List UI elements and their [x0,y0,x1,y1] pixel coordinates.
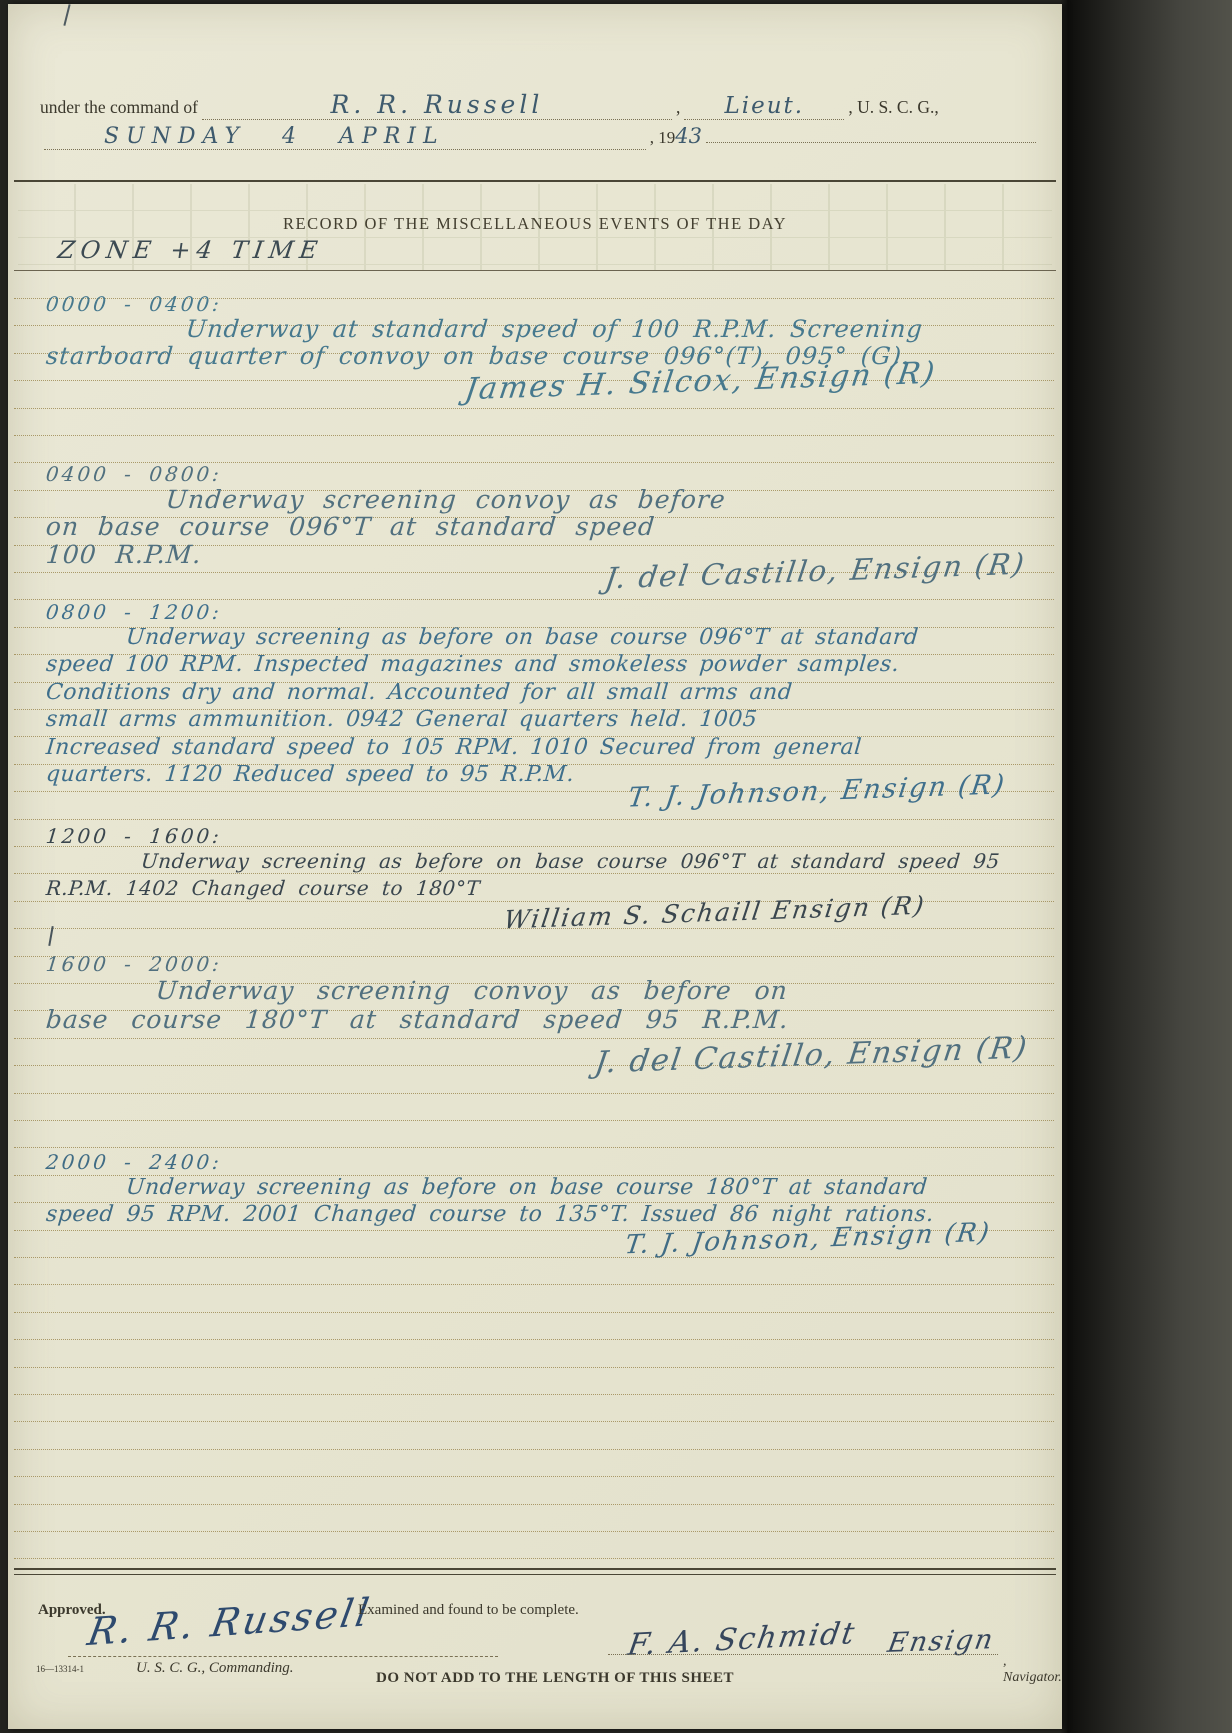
entry-line: Underway screening convoy as before on [45,976,1048,1005]
commander-name-field: R. R. Russell [202,90,672,120]
ruled-line [14,819,1054,820]
log-year: 43 [675,124,702,148]
ruled-line [14,408,1054,409]
entry-time: 0000 - 0400: [45,292,1048,316]
navigator-label: , Navigator. [1003,1654,1062,1686]
rank-field: Lieut. [684,93,844,120]
log-entry-0000-0400: 0000 - 0400: Underway at standard speed … [46,292,1046,371]
section-title: RECORD OF THE MISCELLANEOUS EVENTS OF TH… [8,214,1062,234]
ruled-line [14,1339,1054,1340]
footer-rule-1 [14,1568,1056,1570]
entry-line: speed 100 RPM. Inspected magazines and s… [45,651,1047,678]
log-entry-1600-2000: 1600 - 2000: Underway screening convoy a… [46,952,1046,1034]
navigator-signature-line [608,1654,998,1655]
ruled-line [14,1093,1054,1094]
zone-note: ZONE +4 TIME [56,236,325,264]
ruled-line [14,1284,1054,1285]
entry-time: 0800 - 1200: [45,600,1048,624]
log-date: SUNDAY 4 APRIL [104,124,445,149]
date-line: SUNDAY 4 APRIL , 19 43 [40,124,1040,150]
ruled-line [14,1394,1054,1395]
entry-line: Underway at standard speed of 100 R.P.M.… [45,316,1047,343]
entry-line: Underway screening as before on base cou… [45,848,1047,875]
ruled-line [14,1531,1054,1532]
entry-time: 1600 - 2000: [45,952,1048,976]
navigator-signature: F. A. Schmidt [625,1616,858,1663]
entry-time: 2000 - 2400: [45,1150,1048,1174]
year-prefix: , 19 [650,128,676,148]
entry-line: Increased standard speed to 105 RPM. 101… [45,734,1047,761]
ruled-line [14,1421,1054,1422]
form-number: 16—13314-1 [36,1664,84,1674]
service-suffix: , U. S. C. G., [848,97,938,118]
date-field: SUNDAY 4 APRIL [44,124,646,150]
log-entry-2000-2400: 2000 - 2400: Underway screening as befor… [46,1150,1046,1229]
entry-body: Underway screening convoy as before on b… [46,976,1046,1034]
command-line: under the command of R. R. Russell , Lie… [40,90,1040,120]
log-entry-0800-1200: 0800 - 1200: Underway screening as befor… [46,600,1046,788]
log-sheet-paper: under the command of R. R. Russell , Lie… [8,4,1062,1729]
commanding-signature: R. R. Russell [84,1590,375,1654]
ruled-line [14,1504,1054,1505]
examined-label: Examined and found to be complete. [358,1602,579,1619]
ruled-line [14,1147,1054,1148]
entry-time: 1200 - 1600: [45,824,1048,848]
commanding-label: U. S. C. G., Commanding. [136,1660,294,1677]
entry-line: Underway screening convoy as before [45,486,1047,513]
log-entry-1200-1600: 1200 - 1600: Underway screening as befor… [46,824,1046,903]
log-entry-0400-0800: 0400 - 0800: Underway screening convoy a… [46,462,1046,568]
ruled-line [14,1312,1054,1313]
do-not-add-label: DO NOT ADD TO THE LENGTH OF THIS SHEET [376,1670,734,1687]
ruled-line [14,1257,1054,1258]
entry-line: Underway screening as before on base cou… [45,624,1047,651]
ruled-line [14,1367,1054,1368]
command-prefix: under the command of [40,97,198,118]
pen-mark [63,4,70,26]
header-rule-top [14,180,1056,182]
ruled-line [14,1120,1054,1121]
scanned-log-page: { "colors": { "paper": "#e8e6d3", "rule_… [0,0,1232,1733]
entry-line: Underway screening as before on base cou… [45,1174,1047,1201]
header-rule-bottom [14,270,1056,271]
entry-body: Underway screening as before on base cou… [46,624,1046,788]
commander-rank: Lieut. [725,93,805,119]
ruled-line [14,1558,1054,1559]
entry-line: small arms ammunition. 0942 General quar… [45,706,1047,733]
commanding-signature-line [68,1656,498,1657]
date-filler [706,142,1036,143]
entry-line: on base course 096°T at standard speed [45,513,1047,540]
entry-time: 0400 - 0800: [45,462,1048,486]
commander-name: R. R. Russell [331,90,544,119]
ruled-line [14,435,1054,436]
footer-rule-2 [14,1574,1056,1575]
ruled-line [14,1449,1054,1450]
entry-line: Conditions dry and normal. Accounted for… [45,679,1047,706]
comma: , [676,97,680,118]
entry-line: base course 180°T at standard speed 95 R… [45,1005,1048,1034]
ruled-line [14,1476,1054,1477]
